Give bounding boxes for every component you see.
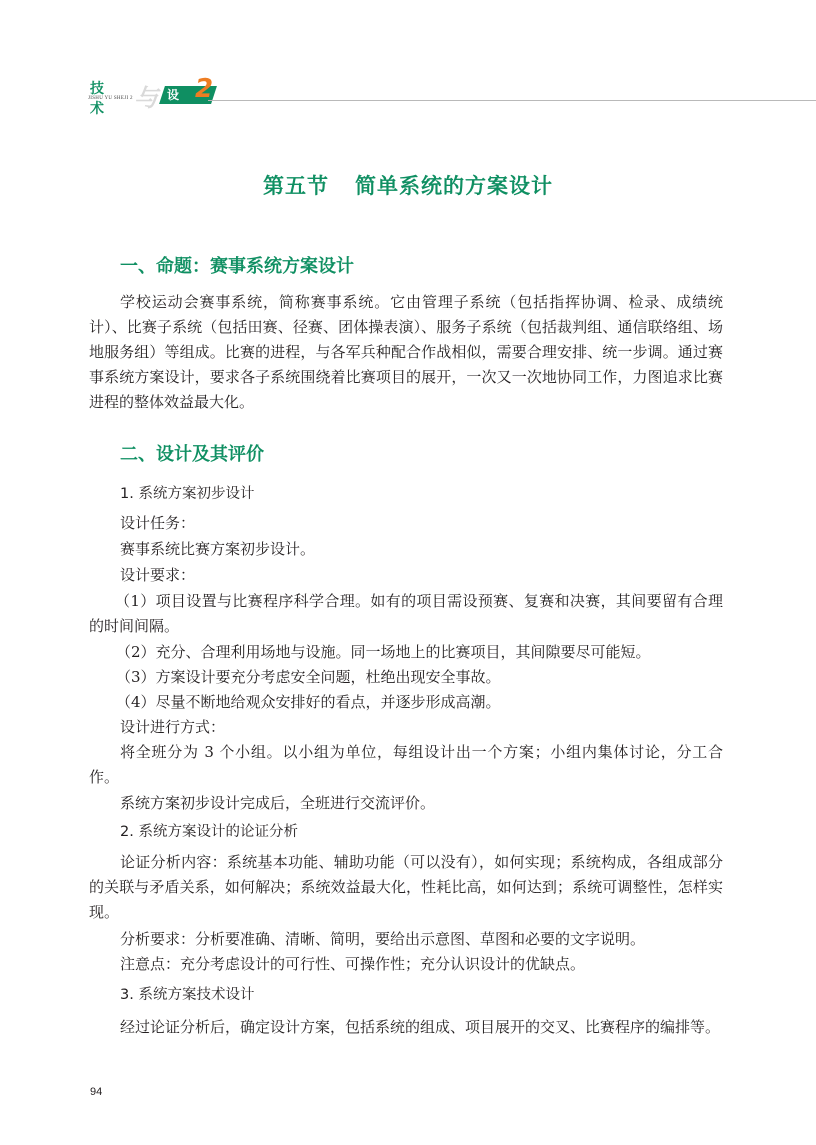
- section-1-paragraph: 学校运动会赛事系统，简称赛事系统。它由管理子系统（包括指挥协调、检录、成绩统计）…: [89, 290, 723, 415]
- analysis-content-text: 论证分析内容：系统基本功能、辅助功能（可以没有），如何实现；系统构成，各组成部分…: [89, 850, 723, 925]
- design-task-text: 赛事系统比赛方案初步设计。: [120, 537, 315, 562]
- chapter-title-text: 简单系统的方案设计: [355, 174, 553, 198]
- section-heading-2: 二、设计及其评价: [120, 440, 264, 466]
- page-header: 技术 JISHU YU SHEJI 2 与 设计 2: [88, 76, 816, 110]
- page-number: 94: [90, 1086, 102, 1098]
- logo-connector: 与: [134, 78, 158, 113]
- requirement-item-3: （3）方案设计要充分考虑安全问题，杜绝出现安全事故。: [116, 665, 501, 690]
- analysis-attention-text: 注意点：充分考虑设计的可行性、可操作性；充分认识设计的优缺点。: [120, 952, 585, 977]
- requirement-item-1: （1）项目设置与比赛程序科学合理。如有的项目需设预赛、复赛和决赛，其间要留有合理…: [89, 589, 723, 639]
- subsection-title-2: 2. 系统方案设计的论证分析: [120, 820, 298, 845]
- design-task-label: 设计任务：: [120, 511, 195, 536]
- subsection-title-3: 3. 系统方案技术设计: [120, 983, 254, 1008]
- logo-pinyin-text: JISHU YU SHEJI 2: [88, 96, 133, 101]
- section-heading-1: 一、命题：赛事系统方案设计: [120, 252, 354, 278]
- requirement-item-4: （4）尽量不断地给观众安排好的看点，并逐步形成高潮。: [116, 690, 501, 715]
- technical-design-text: 经过论证分析后，确定设计方案，包括系统的组成、项目展开的交叉、比赛程序的编排等。: [89, 1015, 723, 1040]
- subsection-title-1: 1. 系统方案初步设计: [120, 482, 254, 507]
- chapter-title: 第五节简单系统的方案设计: [0, 170, 816, 200]
- requirement-item-2: （2）充分、合理利用场地与设施。同一场地上的比赛项目，其间隙要尽可能短。: [116, 640, 651, 665]
- analysis-requirement-text: 分析要求：分析要准确、清晰、简明，要给出示意图、草图和必要的文字说明。: [120, 927, 645, 952]
- design-method-label: 设计进行方式：: [120, 715, 225, 740]
- preliminary-closing-text: 系统方案初步设计完成后，全班进行交流评价。: [120, 791, 435, 816]
- chapter-section-label: 第五节: [263, 174, 329, 198]
- header-rule: [208, 100, 816, 101]
- design-requirements-label: 设计要求：: [120, 563, 195, 588]
- design-method-text: 将全班分为 3 个小组。以小组为单位，每组设计出一个方案；小组内集体讨论，分工合…: [89, 740, 723, 790]
- logo-badge-text: 设计: [167, 86, 180, 120]
